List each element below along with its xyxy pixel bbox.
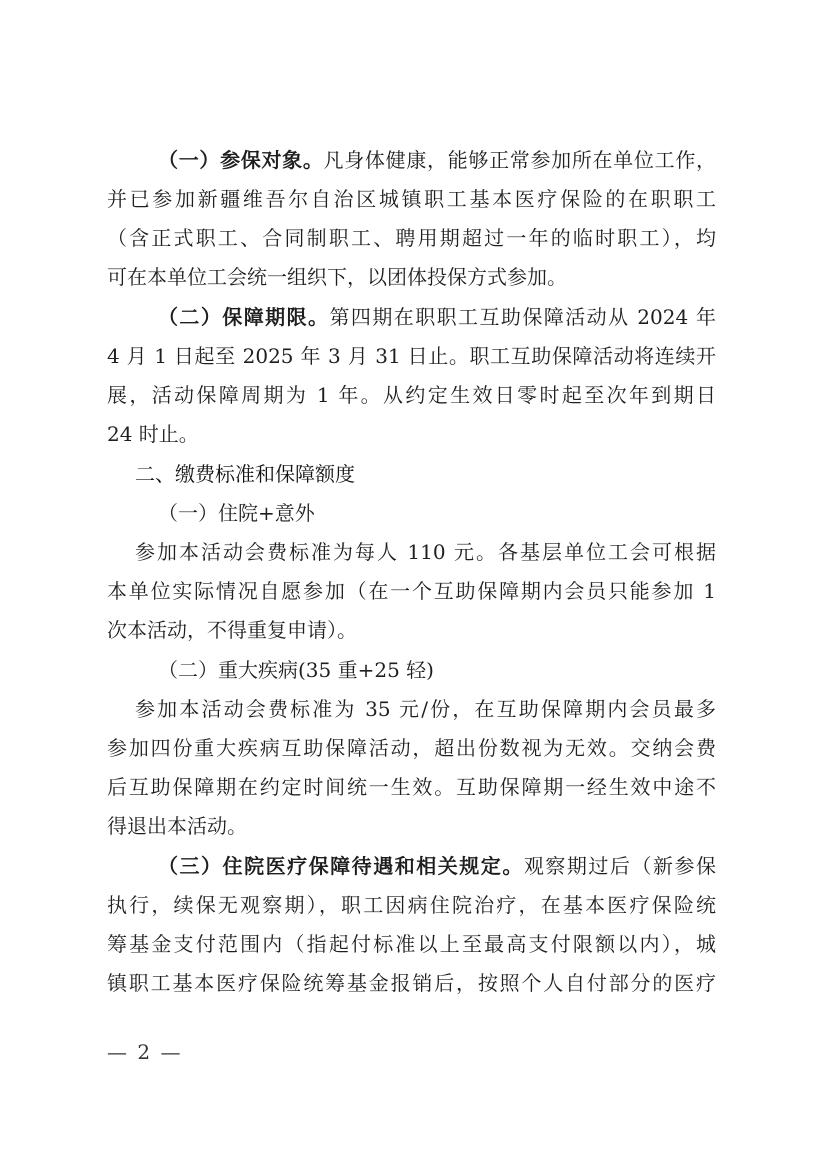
- document-page: （一）参保对象。凡身体健康，能够正常参加所在单位工作， 并已参加新疆维吾尔自治区…: [0, 0, 827, 1169]
- paragraph-hospital-fee-line-2: 本单位实际情况自愿参加（在一个互助保障期内会员只能参加 1: [107, 576, 716, 606]
- paragraph-hospital-benefits-line-4: 镇职工基本医疗保险统筹基金报销后，按照个人自付部分的医疗: [107, 968, 716, 998]
- paragraph-coverage-period-line-4: 24 时止。: [107, 419, 716, 449]
- section-label-coverage-period: （二）保障期限。: [158, 305, 329, 329]
- paragraph-coverage-period-line-3: 展，活动保障周期为 1 年。从约定生效日零时起至次年到期日: [107, 380, 716, 410]
- page-number: — 2 —: [107, 1040, 182, 1064]
- subsection-heading-critical-illness: （二）重大疾病(35 重+25 轻): [158, 655, 716, 685]
- section-label-hospital-benefits: （三）住院医疗保障待遇和相关规定。: [158, 854, 524, 878]
- paragraph-critical-illness-line-1: 参加本活动会费标准为 35 元/份，在互助保障期内会员最多: [135, 694, 716, 724]
- paragraph-hospital-benefits-line-3: 筹基金支付范围内（指起付标准以上至最高支付限额以内），城: [107, 929, 716, 959]
- paragraph-insured-objects-line-3: （含正式职工、合同制职工、聘用期超过一年的临时职工），均: [107, 223, 716, 253]
- paragraph-coverage-period-line-1: （二）保障期限。第四期在职职工互助保障活动从 2024 年: [158, 302, 716, 332]
- paragraph-insured-objects-line-2: 并已参加新疆维吾尔自治区城镇职工基本医疗保险的在职职工: [107, 184, 716, 214]
- paragraph-hospital-fee-line-1: 参加本活动会费标准为每人 110 元。各基层单位工会可根据: [135, 537, 716, 567]
- paragraph-hospital-fee-line-3: 次本活动，不得重复申请）。: [107, 615, 716, 645]
- paragraph-coverage-period-line-2: 4 月 1 日起至 2025 年 3 月 31 日止。职工互助保障活动将连续开: [107, 341, 716, 371]
- section-heading-fees-and-coverage: 二、缴费标准和保障额度: [135, 459, 716, 489]
- subsection-heading-hospital-accident: （一）住院+意外: [158, 498, 716, 528]
- paragraph-critical-illness-line-2: 参加四份重大疾病互助保障活动，超出份数视为无效。交纳会费: [107, 733, 716, 763]
- paragraph-insured-objects-line-4: 可在本单位工会统一组织下，以团体投保方式参加。: [107, 262, 716, 292]
- paragraph-critical-illness-line-4: 得退出本活动。: [107, 811, 716, 841]
- paragraph-hospital-benefits-line-1: （三）住院医疗保障待遇和相关规定。观察期过后（新参保: [158, 851, 716, 881]
- section-label-insured-objects: （一）参保对象。: [158, 148, 324, 172]
- paragraph-insured-objects-line-1: （一）参保对象。凡身体健康，能够正常参加所在单位工作，: [158, 145, 716, 175]
- paragraph-hospital-benefits-line-2: 执行，续保无观察期），职工因病住院治疗，在基本医疗保险统: [107, 890, 716, 920]
- paragraph-critical-illness-line-3: 后互助保障期在约定时间统一生效。互助保障期一经生效中途不: [107, 772, 716, 802]
